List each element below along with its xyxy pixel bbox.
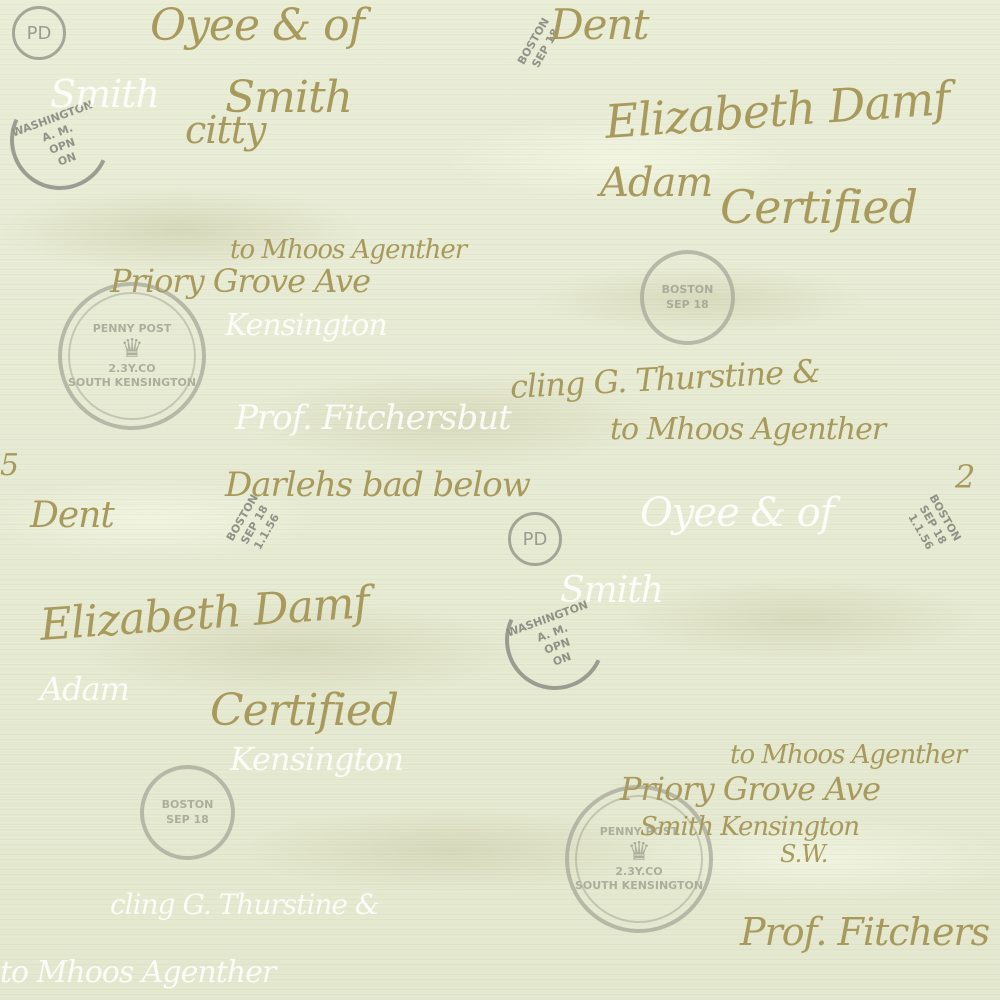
postmark-line: SEP 18 — [166, 813, 209, 827]
postmark-line: SEP 18 — [666, 298, 709, 312]
script-text: Priory Grove Ave — [110, 262, 370, 300]
script-text: Oyee & of — [150, 0, 364, 51]
paid-label: PD — [523, 529, 548, 550]
script-text: S.W. — [780, 840, 827, 868]
script-text: Kensington — [230, 740, 403, 778]
script-text: Priory Grove Ave — [620, 770, 880, 808]
boston-postmark: BOSTON SEP 18 — [640, 250, 735, 345]
script-text: Darlehs bad below — [225, 465, 530, 505]
script-text: Prof. Fitchers — [740, 910, 989, 954]
paid-stamp: PD — [12, 6, 66, 60]
script-text: Smith — [560, 570, 663, 611]
script-text: Dent — [30, 495, 114, 536]
script-text: Adam — [600, 160, 712, 206]
script-text: to Mhoos Agenther — [610, 412, 885, 447]
script-text: Prof. Fitchersbut — [235, 398, 511, 438]
script-text: to Mhoos Agenther — [0, 955, 275, 990]
script-text: Adam — [40, 670, 129, 708]
script-text: Certified — [210, 685, 398, 736]
script-text: Kensington — [225, 308, 387, 343]
stamp-ring — [68, 292, 196, 420]
script-text: citty — [185, 108, 265, 152]
paid-stamp: PD — [508, 512, 562, 566]
penny-post-stamp: PENNY POST ♛ 2.3Y.CO SOUTH KENSINGTON — [58, 282, 206, 430]
script-text: Smith Kensington — [640, 812, 859, 842]
script-text: Smith — [50, 72, 159, 116]
script-text: to Mhoos Agenther — [730, 740, 966, 770]
boston-postmark: BOSTON SEP 18 — [140, 765, 235, 860]
script-text: 2 — [955, 458, 974, 496]
postmark-line: BOSTON — [662, 283, 714, 297]
postmark-line: BOSTON — [162, 798, 214, 812]
script-text: to Mhoos Agenther — [230, 235, 466, 265]
paid-label: PD — [27, 23, 52, 44]
script-text: cling G. Thurstine & — [110, 888, 379, 921]
script-text: 5 — [0, 448, 18, 483]
script-text: Oyee & of — [640, 490, 834, 536]
script-text: Dent — [550, 0, 648, 49]
script-text: Certified — [720, 180, 917, 234]
